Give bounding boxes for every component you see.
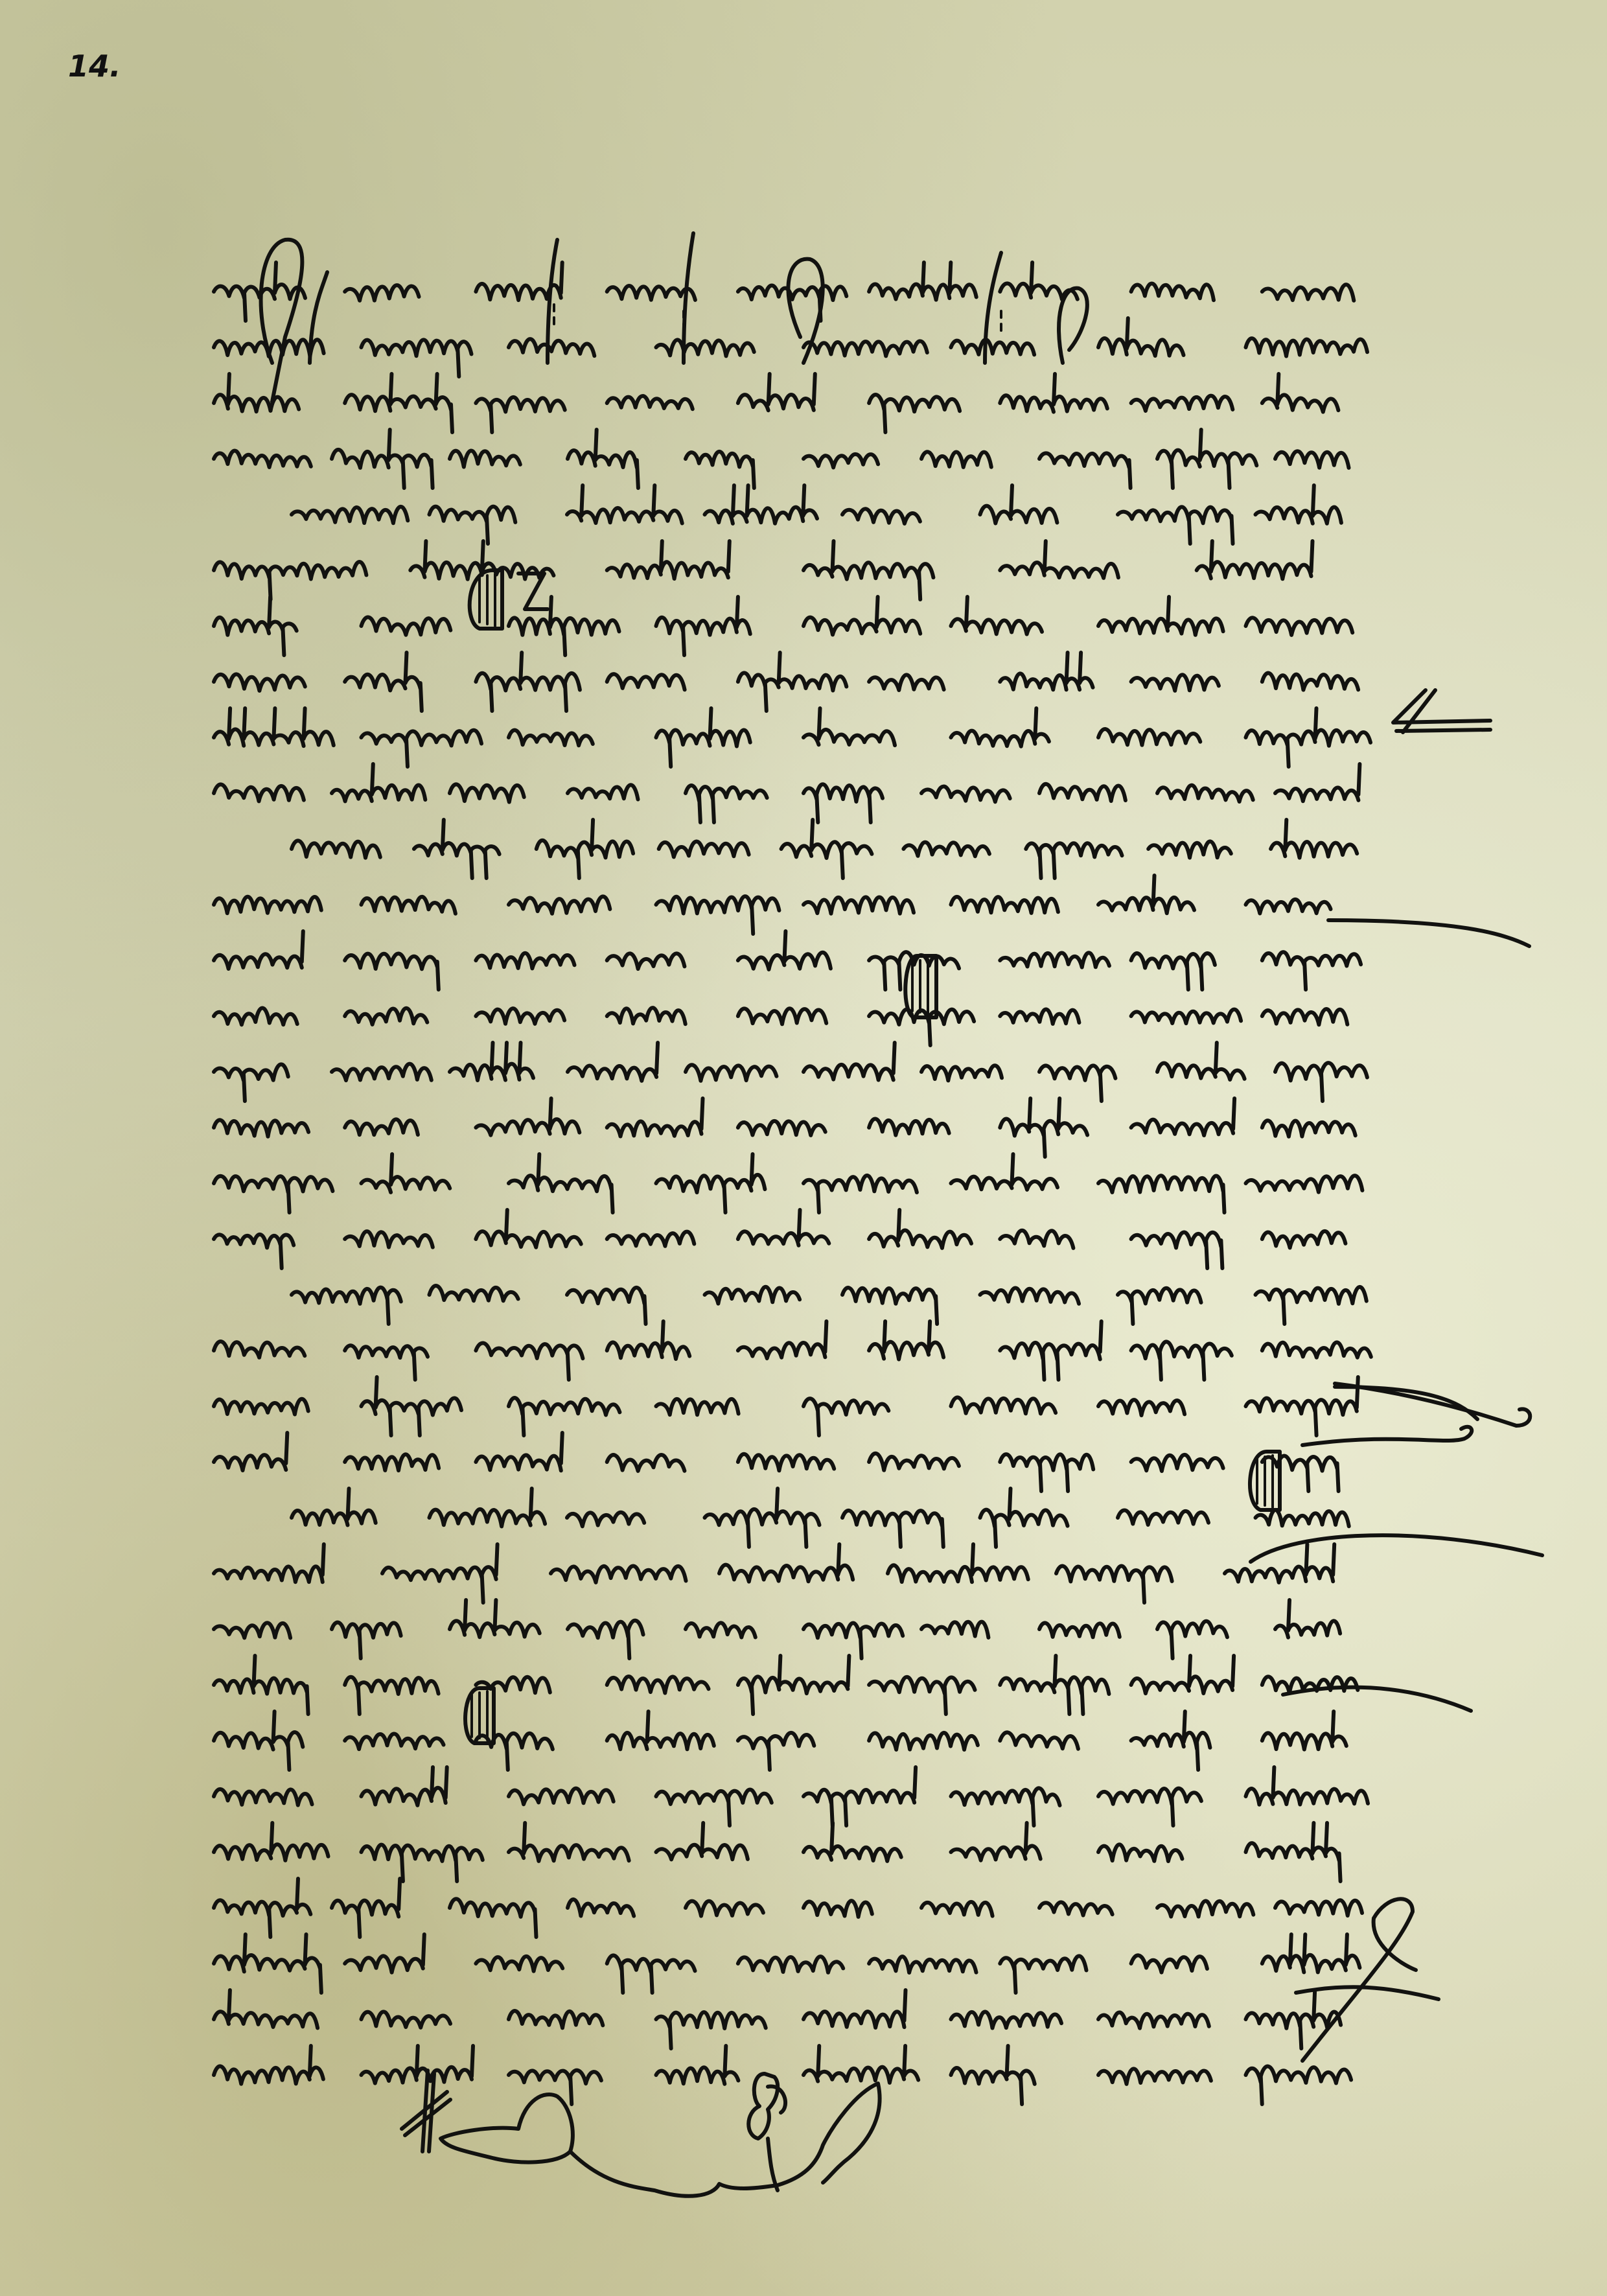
- handwritten-word: [1275, 1600, 1340, 1638]
- handwritten-word: [214, 1934, 321, 1993]
- handwritten-word: [951, 897, 1058, 913]
- page-number: 14.: [68, 49, 121, 84]
- manuscript-line: [214, 1875, 1432, 1931]
- handwritten-word: [1157, 1043, 1245, 1080]
- handwritten-word: [656, 2046, 739, 2084]
- handwritten-word: [332, 1064, 432, 1080]
- handwritten-word: [951, 597, 1043, 634]
- handwritten-word: [476, 262, 562, 300]
- handwritten-word: [659, 841, 749, 857]
- handwritten-word: [214, 1008, 297, 1025]
- handwritten-word: [476, 1677, 549, 1693]
- manuscript-line: [214, 817, 1432, 872]
- handwritten-word: [292, 507, 408, 523]
- handwritten-word: [980, 1489, 1068, 1547]
- handwritten-word: [476, 1433, 562, 1470]
- handwritten-word: [869, 1956, 976, 1973]
- handwritten-word: [345, 374, 452, 432]
- handwritten-word: [214, 931, 303, 969]
- handwritten-word: [1098, 1400, 1185, 1415]
- handwritten-word: [1098, 2069, 1211, 2084]
- manuscript-line: [214, 761, 1432, 817]
- handwritten-word: [1246, 708, 1371, 767]
- handwritten-word: [332, 764, 425, 801]
- handwritten-word: [607, 1321, 689, 1359]
- handwritten-word: [738, 1121, 826, 1135]
- handwritten-word: [903, 842, 989, 857]
- manuscript-line: [214, 1151, 1432, 1207]
- handwritten-word: [345, 653, 422, 711]
- manuscript-line: [214, 872, 1432, 928]
- handwritten-word: [214, 597, 297, 655]
- handwritten-word: [1131, 396, 1233, 411]
- handwritten-word: [1262, 1711, 1347, 1750]
- handwritten-word: [1197, 541, 1313, 579]
- handwritten-word: [476, 1210, 581, 1247]
- handwritten-word: [214, 1711, 303, 1770]
- handwritten-word: [450, 784, 524, 802]
- handwritten-word: [345, 285, 419, 301]
- handwritten-word: [1157, 1901, 1253, 1916]
- handwritten-word: [1098, 729, 1200, 745]
- handwritten-word: [410, 541, 553, 579]
- handwritten-word: [450, 450, 520, 467]
- handwritten-word: [1000, 953, 1109, 967]
- manuscript-line: [214, 538, 1432, 594]
- handwritten-word: [1246, 338, 1368, 356]
- handwritten-word: [214, 1823, 329, 1861]
- handwritten-word: [568, 1899, 634, 1916]
- handwritten-word: [921, 452, 991, 467]
- handwritten-word: [1225, 1544, 1334, 1583]
- handwritten-word: [980, 485, 1058, 524]
- handwritten-word: [214, 784, 304, 801]
- handwritten-word: [803, 708, 895, 745]
- manuscript-line: [214, 1597, 1432, 1652]
- handwritten-word: [921, 1065, 1002, 1080]
- handwritten-word: [345, 1454, 439, 1470]
- handwritten-word: [951, 1397, 1056, 1413]
- handwritten-word: [1000, 1009, 1079, 1023]
- manuscript-line: [214, 1485, 1432, 1541]
- handwritten-word: [607, 1008, 686, 1024]
- manuscript-page: 14.: [0, 0, 1607, 2296]
- handwritten-word: [1246, 1990, 1341, 2048]
- handwritten-word: [686, 1901, 763, 1916]
- handwritten-word: [214, 1120, 308, 1136]
- handwritten-word: [803, 2046, 918, 2083]
- handwritten-word: [362, 1767, 447, 1805]
- handwritten-word: [509, 597, 619, 655]
- handwritten-word: [803, 541, 933, 599]
- handwritten-word: [607, 396, 693, 409]
- handwritten-word: [869, 262, 977, 300]
- handwritten-word: [951, 1823, 1041, 1861]
- handwritten-word: [1275, 451, 1349, 468]
- handwritten-word: [476, 1956, 562, 1971]
- handwritten-word: [1098, 1844, 1182, 1861]
- handwritten-word: [214, 2046, 323, 2084]
- handwritten-word: [362, 2012, 451, 2027]
- manuscript-text-block: [214, 259, 1432, 2098]
- handwritten-word: [214, 1433, 287, 1470]
- handwritten-word: [1246, 899, 1331, 914]
- handwritten-word: [607, 1676, 709, 1693]
- manuscript-line: [214, 1764, 1432, 1820]
- handwritten-word: [214, 897, 321, 913]
- handwritten-word: [214, 1990, 318, 2028]
- handwritten-word: [869, 675, 944, 690]
- handwritten-word: [450, 1600, 540, 1637]
- handwritten-word: [362, 617, 451, 634]
- handwritten-word: [509, 2011, 603, 2028]
- handwritten-word: [803, 1767, 916, 1826]
- handwritten-word: [1039, 1902, 1113, 1915]
- handwritten-word: [869, 1119, 949, 1135]
- handwritten-word: [656, 1823, 748, 1859]
- handwritten-word: [951, 708, 1049, 747]
- manuscript-line: [214, 1820, 1432, 1875]
- handwritten-word: [738, 1210, 829, 1246]
- handwritten-word: [1256, 485, 1341, 524]
- handwritten-word: [1246, 618, 1353, 635]
- handwritten-word: [738, 1656, 850, 1714]
- handwritten-word: [430, 1489, 546, 1526]
- handwritten-word: [1246, 2067, 1352, 2104]
- handwritten-word: [1262, 673, 1358, 690]
- handwritten-word: [568, 785, 638, 799]
- handwritten-word: [1000, 653, 1093, 690]
- manuscript-line: [214, 649, 1432, 705]
- manuscript-line: [214, 984, 1432, 1039]
- manuscript-line: [214, 315, 1432, 371]
- handwritten-word: [476, 953, 574, 969]
- handwritten-word: [1246, 1767, 1369, 1805]
- handwritten-word: [430, 1286, 518, 1301]
- handwritten-word: [214, 674, 305, 690]
- handwritten-word: [803, 1990, 906, 2028]
- handwritten-word: [607, 1232, 695, 1246]
- handwritten-word: [1098, 2012, 1209, 2028]
- handwritten-word: [345, 1008, 427, 1025]
- handwritten-word: [869, 1321, 943, 1360]
- handwritten-word: [1246, 1823, 1341, 1881]
- handwritten-word: [607, 953, 685, 969]
- handwritten-word: [705, 485, 818, 524]
- handwritten-word: [738, 374, 815, 410]
- handwritten-word: [951, 340, 1035, 354]
- handwritten-word: [1039, 784, 1126, 801]
- handwritten-word: [921, 1622, 988, 1638]
- manuscript-line: [214, 1207, 1432, 1262]
- handwritten-word: [414, 820, 500, 878]
- handwritten-word: [738, 1454, 834, 1471]
- handwritten-word: [738, 653, 846, 711]
- handwritten-word: [1262, 1934, 1360, 1972]
- handwritten-word: [214, 1656, 308, 1714]
- handwritten-word: [686, 1623, 756, 1637]
- handwritten-word: [214, 1544, 324, 1582]
- handwritten-word: [1246, 1377, 1358, 1435]
- handwritten-word: [332, 430, 433, 488]
- handwritten-word: [568, 430, 638, 488]
- handwritten-word: [345, 1734, 443, 1749]
- handwritten-word: [803, 454, 878, 467]
- handwritten-word: [1098, 597, 1223, 635]
- manuscript-line: [214, 1095, 1432, 1151]
- handwritten-word: [450, 1043, 533, 1080]
- handwritten-word: [607, 286, 695, 300]
- handwritten-word: [1000, 374, 1107, 412]
- handwritten-word: [509, 730, 593, 746]
- manuscript-line: [214, 928, 1432, 984]
- handwritten-word: [705, 1287, 800, 1304]
- manuscript-line: [214, 1652, 1432, 1708]
- handwritten-word: [607, 1455, 685, 1471]
- handwritten-word: [509, 1789, 614, 1805]
- handwritten-word: [1131, 1455, 1223, 1471]
- handwritten-word: [1131, 1656, 1234, 1693]
- handwritten-word: [567, 1513, 644, 1527]
- handwritten-word: [509, 339, 594, 356]
- handwritten-word: [656, 597, 750, 655]
- handwritten-word: [1275, 1900, 1362, 1916]
- manuscript-line: [214, 482, 1432, 538]
- handwritten-word: [888, 1544, 1028, 1582]
- handwritten-word: [509, 2070, 601, 2104]
- handwritten-word: [1131, 675, 1219, 691]
- handwritten-word: [214, 451, 311, 467]
- handwritten-word: [656, 340, 754, 356]
- handwritten-word: [803, 341, 927, 356]
- handwritten-word: [1271, 820, 1357, 858]
- manuscript-line: [214, 1541, 1432, 1597]
- handwritten-word: [476, 653, 580, 711]
- handwritten-word: [705, 1489, 820, 1547]
- handwritten-word: [1039, 1623, 1120, 1637]
- handwritten-word: [362, 2046, 474, 2083]
- handwritten-word: [869, 1733, 978, 1750]
- manuscript-line: [214, 426, 1432, 482]
- handwritten-word: [1275, 764, 1359, 801]
- handwritten-word: [781, 820, 872, 878]
- handwritten-word: [345, 1231, 433, 1247]
- manuscript-line: [214, 1931, 1432, 1987]
- handwritten-word: [214, 374, 299, 412]
- handwritten-word: [842, 509, 920, 524]
- handwritten-word: [686, 1065, 776, 1081]
- handwritten-word: [803, 1823, 901, 1861]
- handwritten-word: [738, 931, 831, 969]
- handwritten-word: [719, 1544, 853, 1582]
- handwritten-word: [1000, 1656, 1109, 1714]
- handwritten-word: [1000, 262, 1078, 299]
- handwritten-word: [292, 841, 380, 857]
- handwritten-word: [1262, 284, 1354, 301]
- handwritten-word: [951, 2046, 1035, 2104]
- handwritten-word: [362, 897, 456, 914]
- handwritten-word: [803, 1901, 872, 1917]
- handwritten-word: [951, 2012, 1062, 2028]
- handwritten-word: [1262, 1120, 1356, 1137]
- handwritten-word: [869, 1454, 959, 1470]
- handwritten-word: [951, 1154, 1058, 1190]
- handwritten-word: [1131, 284, 1214, 301]
- manuscript-line: [214, 259, 1432, 315]
- manuscript-line: [214, 1987, 1432, 2043]
- handwritten-word: [607, 541, 730, 579]
- handwritten-word: [362, 1154, 450, 1192]
- handwritten-word: [345, 1934, 424, 1973]
- handwritten-word: [1262, 1676, 1358, 1693]
- handwritten-word: [1131, 1098, 1235, 1135]
- handwritten-word: [1000, 1098, 1087, 1157]
- handwritten-word: [803, 897, 914, 913]
- handwritten-word: [1246, 1176, 1363, 1192]
- handwritten-word: [568, 1043, 658, 1081]
- manuscript-line: [214, 1262, 1432, 1318]
- handwritten-word: [214, 1789, 312, 1805]
- handwritten-word: [738, 1956, 843, 1973]
- handwritten-word: [382, 1544, 498, 1603]
- handwritten-word: [1098, 318, 1184, 356]
- handwritten-word: [607, 1711, 714, 1749]
- handwritten-word: [1131, 1955, 1207, 1972]
- handwritten-word: [509, 1823, 629, 1861]
- manuscript-line: [214, 2043, 1432, 2098]
- handwritten-word: [1000, 1321, 1101, 1380]
- handwritten-word: [921, 1902, 993, 1916]
- handwritten-word: [1148, 841, 1231, 857]
- handwritten-word: [803, 1043, 895, 1080]
- handwritten-word: [362, 1377, 462, 1435]
- manuscript-line: [214, 1374, 1432, 1430]
- handwritten-word: [214, 1623, 290, 1638]
- handwritten-word: [1118, 1510, 1208, 1524]
- handwritten-word: [738, 1008, 826, 1024]
- handwritten-word: [803, 597, 920, 634]
- handwritten-word: [537, 820, 633, 878]
- handwritten-word: [509, 1154, 613, 1212]
- handwritten-word: [476, 1098, 579, 1135]
- handwritten-word: [656, 1154, 765, 1212]
- handwritten-word: [214, 1399, 308, 1415]
- handwritten-word: [1256, 1510, 1349, 1526]
- handwritten-word: [476, 1008, 564, 1024]
- handwritten-word: [1157, 785, 1253, 802]
- handwritten-word: [607, 1098, 703, 1137]
- handwritten-word: [738, 1321, 827, 1358]
- handwritten-word: [1000, 541, 1118, 578]
- handwritten-word: [656, 708, 750, 767]
- handwritten-word: [1262, 1342, 1371, 1357]
- handwritten-word: [1262, 1231, 1346, 1248]
- handwritten-word: [607, 674, 685, 690]
- handwritten-word: [869, 1210, 971, 1248]
- handwritten-word: [214, 1879, 310, 1937]
- handwritten-word: [1131, 1010, 1242, 1023]
- handwritten-word: [292, 1489, 376, 1525]
- manuscript-line: [214, 371, 1432, 426]
- manuscript-line: [214, 1430, 1432, 1485]
- manuscript-line: [214, 1708, 1432, 1764]
- handwritten-word: [551, 1566, 686, 1582]
- handwritten-word: [1262, 374, 1339, 412]
- handwritten-word: [980, 1288, 1080, 1303]
- handwritten-word: [1157, 430, 1256, 488]
- handwritten-word: [567, 485, 682, 524]
- manuscript-line: [214, 1039, 1432, 1095]
- manuscript-line: [214, 594, 1432, 649]
- handwritten-word: [214, 340, 324, 356]
- handwritten-word: [1000, 1231, 1073, 1248]
- handwritten-word: [509, 896, 610, 913]
- manuscript-line: [214, 705, 1432, 761]
- manuscript-line: [214, 1318, 1432, 1374]
- handwritten-word: [1131, 1711, 1210, 1770]
- handwritten-word: [214, 708, 334, 746]
- handwritten-word: [214, 262, 305, 321]
- handwritten-word: [332, 1879, 400, 1937]
- handwritten-word: [1262, 1009, 1348, 1025]
- handwritten-word: [921, 787, 1010, 802]
- handwritten-word: [214, 1341, 305, 1358]
- handwritten-word: [1098, 875, 1194, 913]
- handwritten-word: [656, 1399, 739, 1415]
- handwritten-word: [345, 1119, 418, 1135]
- handwritten-word: [1000, 1732, 1078, 1748]
